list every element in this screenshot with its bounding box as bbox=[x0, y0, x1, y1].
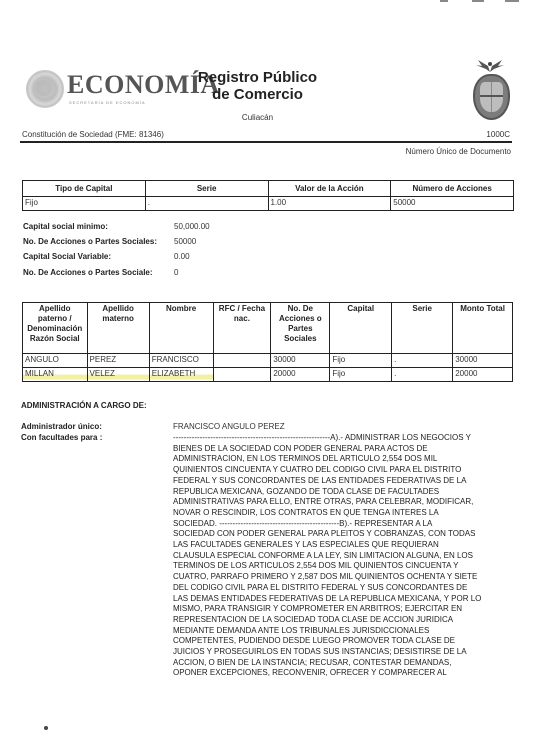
cell: . bbox=[145, 197, 268, 211]
header-serie: Serie bbox=[145, 181, 268, 197]
header-rfc: RFC / Fecha nac. bbox=[213, 303, 271, 354]
cell bbox=[213, 354, 271, 368]
field-label: Capital Social Variable: bbox=[23, 252, 111, 261]
field-label: No. De Acciones o Partes Sociale: bbox=[23, 268, 153, 277]
admin-label: Administrador único: bbox=[21, 422, 102, 431]
cell: 30000 bbox=[453, 354, 513, 368]
cell: Fijo bbox=[330, 354, 392, 368]
cell: MILLAN bbox=[23, 368, 88, 382]
cell: VELEZ bbox=[87, 368, 149, 382]
cell: 20000 bbox=[271, 368, 330, 382]
field-value: 50000 bbox=[174, 237, 196, 246]
cell: Fijo bbox=[23, 197, 146, 211]
section-title: ADMINISTRACIÓN A CARGO DE: bbox=[21, 401, 147, 410]
partners-table: Apellido paterno / Denominación Razón So… bbox=[22, 302, 513, 382]
header-apellido-materno: Apellido materno bbox=[87, 303, 149, 354]
header-numero-acciones: Número de Acciones bbox=[391, 181, 514, 197]
table-row: MILLAN VELEZ ELIZABETH 20000 Fijo . 2000… bbox=[23, 368, 513, 382]
table-row: Fijo . 1.00 50000 bbox=[23, 197, 514, 211]
state-crest-icon bbox=[470, 60, 510, 120]
cell: ANGULO bbox=[23, 354, 88, 368]
header-apellido-paterno: Apellido paterno / Denominación Razón So… bbox=[23, 303, 88, 354]
header-tipo-capital: Tipo de Capital bbox=[23, 181, 146, 197]
field-label: No. De Acciones o Partes Sociales: bbox=[23, 237, 157, 246]
powers-text: ----------------------------------------… bbox=[173, 433, 508, 679]
field-value: 0 bbox=[174, 268, 178, 277]
header-capital: Capital bbox=[330, 303, 392, 354]
scan-speck bbox=[44, 726, 48, 730]
form-code: 1000C bbox=[486, 130, 510, 139]
cell: PEREZ bbox=[87, 354, 149, 368]
cell: . bbox=[392, 368, 453, 382]
field-value: 50,000.00 bbox=[174, 222, 210, 231]
header-monto-total: Monto Total bbox=[453, 303, 513, 354]
header-valor-accion: Valor de la Acción bbox=[268, 181, 391, 197]
cell: ELIZABETH bbox=[149, 368, 213, 382]
cell bbox=[213, 368, 271, 382]
eagle-icon bbox=[476, 60, 504, 72]
mexican-seal-icon bbox=[26, 70, 64, 108]
cell: FRANCISCO bbox=[149, 354, 213, 368]
document-header-line: Constitución de Sociedad (FME: 81346) 10… bbox=[20, 130, 512, 143]
capital-table: Tipo de Capital Serie Valor de la Acción… bbox=[22, 180, 514, 211]
scan-marks bbox=[410, 0, 530, 3]
document-number-label: Número Único de Documento bbox=[406, 147, 511, 156]
cell: . bbox=[392, 354, 453, 368]
logo-subtext: SECRETARÍA DE ECONOMÍA bbox=[69, 100, 146, 105]
cell: 30000 bbox=[271, 354, 330, 368]
field-label: Capital social minimo: bbox=[23, 222, 108, 231]
admin-value: FRANCISCO ANGULO PEREZ bbox=[173, 422, 285, 431]
cell: Fijo bbox=[330, 368, 392, 382]
cell: 20000 bbox=[453, 368, 513, 382]
header-no-acciones: No. De Acciones o Partes Sociales bbox=[271, 303, 330, 354]
field-value: 0.00 bbox=[174, 252, 190, 261]
city: Culiacán bbox=[195, 113, 320, 122]
document-title: Constitución de Sociedad (FME: 81346) bbox=[22, 130, 164, 139]
table-row: ANGULO PEREZ FRANCISCO 30000 Fijo . 3000… bbox=[23, 354, 513, 368]
powers-label: Con facultades para : bbox=[21, 433, 102, 442]
cell: 1.00 bbox=[268, 197, 391, 211]
registry-title: Registro Público de Comercio bbox=[195, 69, 320, 103]
header-serie: Serie bbox=[392, 303, 453, 354]
economia-logo: ECONOMÍA SECRETARÍA DE ECONOMÍA bbox=[26, 69, 181, 109]
cell: 50000 bbox=[391, 197, 514, 211]
header-nombre: Nombre bbox=[149, 303, 213, 354]
